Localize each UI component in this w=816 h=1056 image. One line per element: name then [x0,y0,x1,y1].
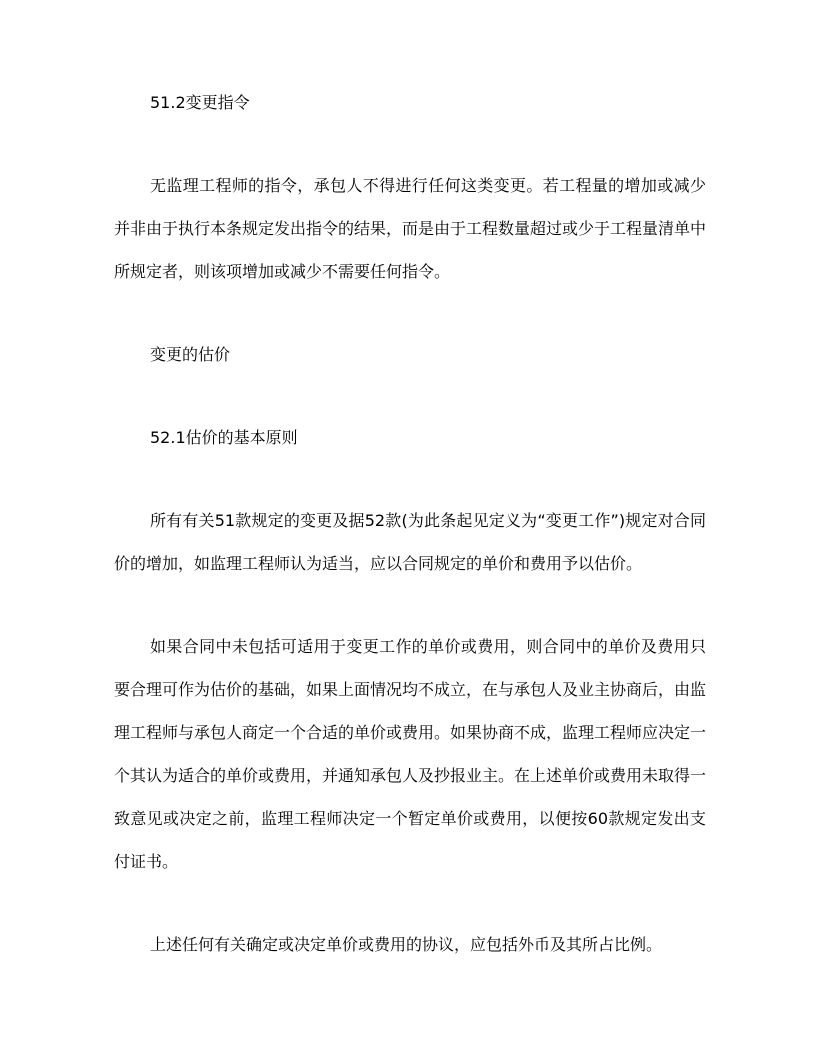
document-page: 51.2变更指令 无监理工程师的指令，承包人不得进行任何这类变更。若工程量的增加… [0,0,816,1056]
paragraph-rates-determination: 如果合同中未包括可适用于变更工作的单价或费用，则合同中的单价及费用只要合理可作为… [114,625,706,883]
paragraph-valuation-principle: 所有有关51款规定的变更及据52款(为此条起见定义为“变更工作”)规定对合同价的… [114,499,706,585]
heading-clause-51-2: 51.2变更指令 [114,81,706,124]
paragraph-change-directive: 无监理工程师的指令，承包人不得进行任何这类变更。若工程量的增加或减少并非由于执行… [114,164,706,293]
paragraph-currency-agreement: 上述任何有关确定或决定单价或费用的协议，应包括外币及其所占比例。 [114,923,706,966]
heading-clause-52-1: 52.1估价的基本原则 [114,416,706,459]
heading-valuation-of-variations: 变更的估价 [114,333,706,376]
